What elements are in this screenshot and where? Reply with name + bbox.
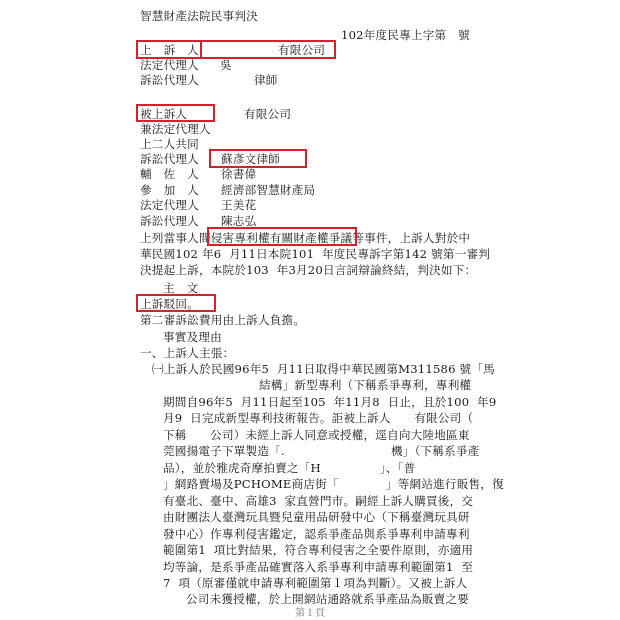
body-line: 均等論，是系爭產品確實落入系爭專利申請專利範圍第1 至 [163, 560, 473, 574]
body-line: 期間自96年5 月11日起至105 年11月8 日止，且於100 年9 [163, 395, 496, 409]
body-line: 範圍第1 項比對結果，符合專利侵害之全要件原則，亦適用 [163, 543, 473, 557]
highlight-box-attorney [209, 149, 307, 168]
facts-heading: 事實及理由 [163, 330, 222, 344]
party-role: 輔 佐 人 [140, 167, 199, 181]
party-role: 法定代理人 [140, 198, 199, 212]
highlight-box-appellee [136, 104, 215, 122]
party-role: 訴訟代理人 [140, 152, 199, 166]
highlight-box-ruling [136, 294, 216, 312]
court-title: 智慧財產法院民事判決 [140, 9, 258, 23]
party-role: 訴訟代理人 [140, 73, 199, 87]
party-name: 徐書偉 [221, 167, 256, 181]
party-name: 吳 [220, 58, 232, 72]
party-role: 參 加 人 [140, 183, 199, 197]
intro-line: 華民國102 年6 月11日本院101 年度民專訴字第142 號第一審判 [140, 247, 490, 261]
body-line: 由財團法人臺灣玩具暨兒童用品研發中心（下稱臺灣玩具研 [163, 510, 470, 524]
body-line: 結構」新型專利（下稱系爭專利，專利權 [259, 378, 471, 392]
judgment-page: 智慧財產法院民事判決 102年度民專上字第 號 上 訴 人 有限公司 法定代理人… [0, 0, 620, 620]
ruling-line: 第二審訴訟費用由上訴人負擔。 [140, 313, 305, 327]
body-line: 發中心）作專利侵害鑑定，認系爭產品與系爭專利申請專利 [163, 527, 470, 541]
body-line: 品），並於雅虎奇摩拍賣之「H 」、「普 [163, 461, 415, 475]
party-role: 訴訟代理人 [140, 214, 199, 228]
party-role: 法定代理人 [140, 58, 199, 72]
page-number: 第１頁 [0, 604, 620, 619]
body-line: 」網路賣場及PCHOME商店街「 」等網站進行販售，復 [163, 477, 504, 491]
highlight-box-case-subject [207, 227, 357, 246]
body-line: 有臺北、臺中、高雄3 家直營門市。嗣經上訴人購買後，交 [163, 494, 473, 508]
highlight-box-appellant-row [136, 40, 336, 59]
body-line: 7 項（原審僅就申請專利範圍第１項為判斷）。又被上訴人 [163, 576, 467, 590]
body-line: ㈠上訴人於民國96年5 月11日取得中華民國第M311586 號「馬 [152, 362, 495, 376]
body-line: 月9 日完成新型專利技術報告。詎被上訴人 有限公司（ [163, 411, 473, 425]
main-heading: 主 文 [163, 281, 198, 295]
section-heading: 一、上訴人主張： [140, 346, 234, 360]
party-name: 經濟部智慧財產局 [221, 183, 315, 197]
party-name: 有限公司 [244, 107, 291, 121]
party-role: 兼法定代理人 [140, 122, 211, 136]
intro-line: 決提起上訴，本院於103 年3月20日言詞辯論終結，判決如下： [140, 263, 476, 277]
body-line: 莞國揚電子下單製造「. 機」（下稱系爭產 [163, 444, 480, 458]
case-number: 102年度民專上字第 號 [341, 28, 470, 42]
party-name: 律師 [254, 73, 278, 87]
party-role: 上二人共同 [140, 137, 199, 151]
party-name: 王美花 [221, 198, 256, 212]
body-line: 下稱 公司）未經上訴人同意或授權，逕自向大陸地區東 [163, 428, 470, 442]
party-name: 陳志弘 [221, 214, 256, 228]
